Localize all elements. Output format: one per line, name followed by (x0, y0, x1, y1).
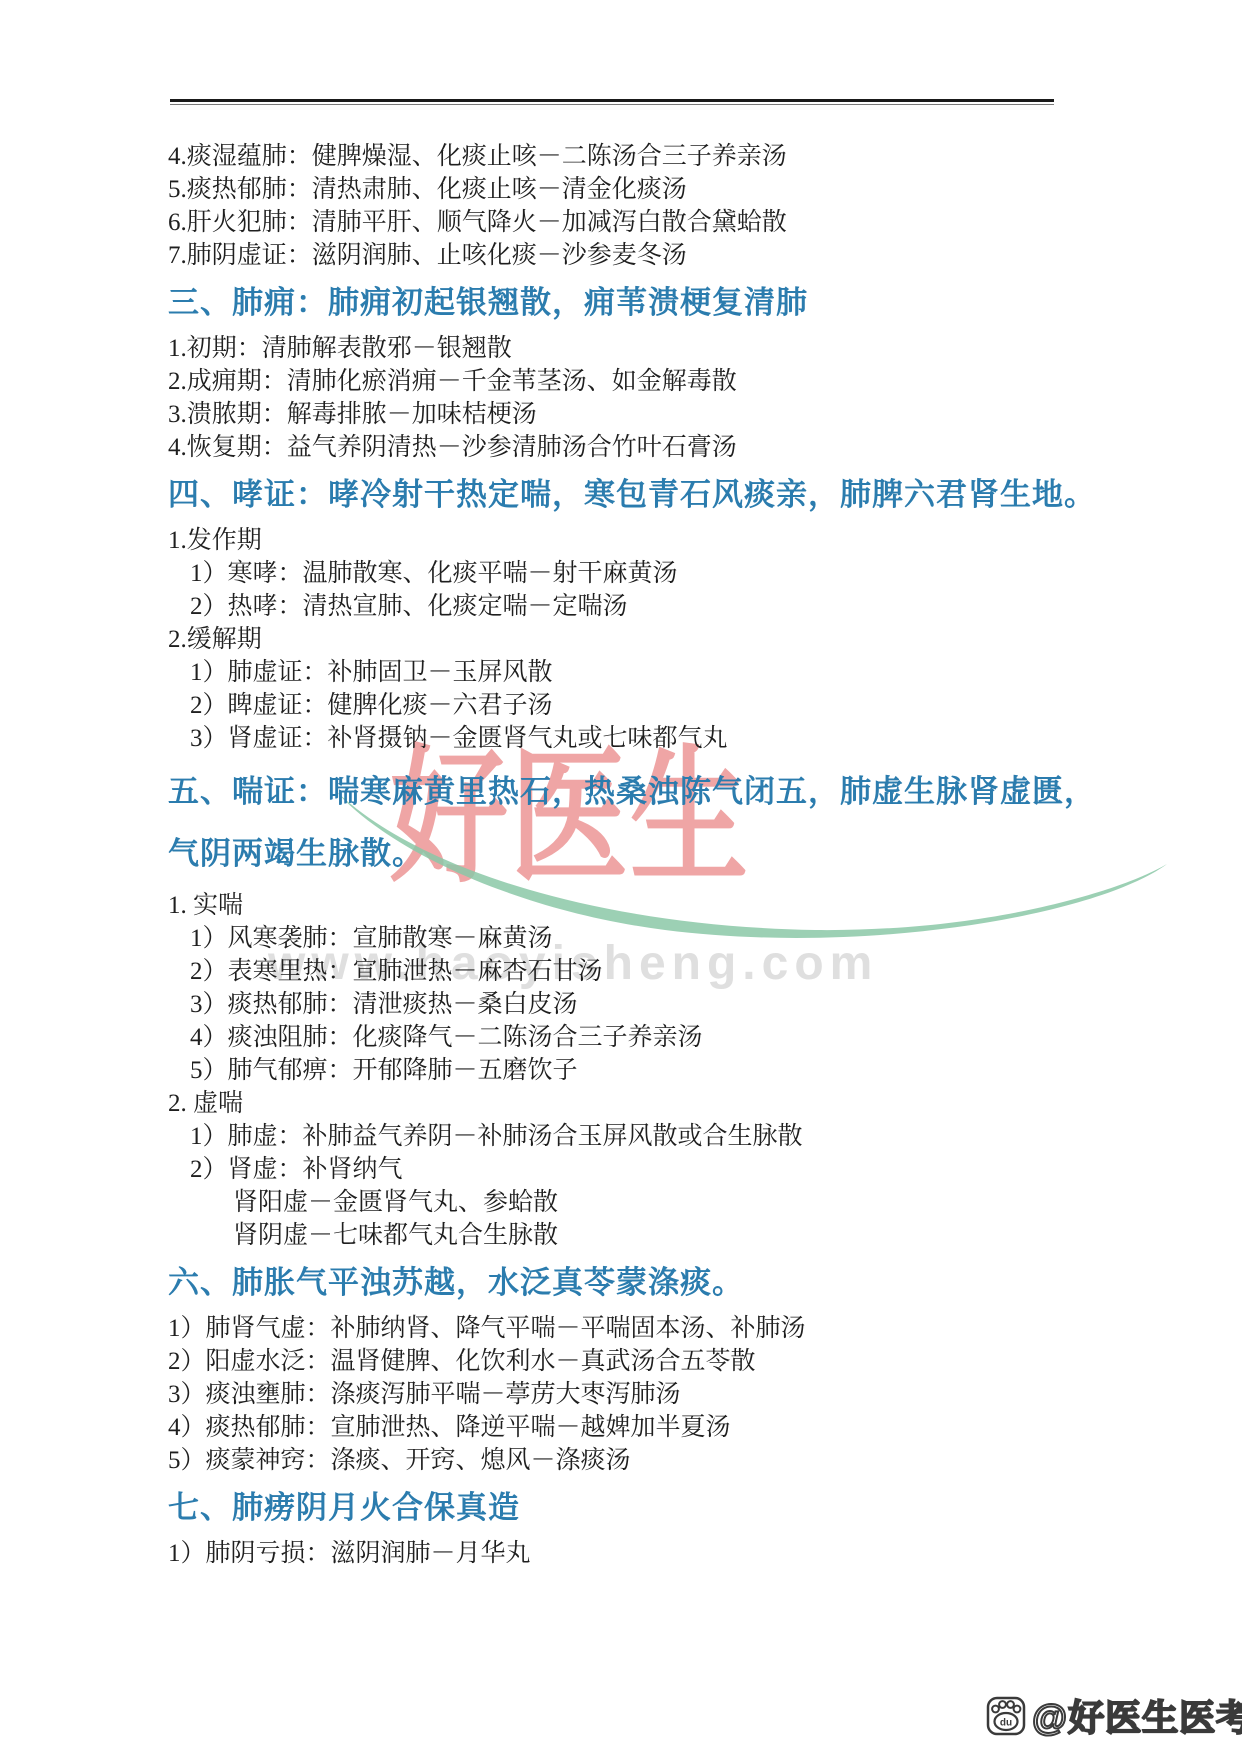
section-heading: 三、肺痈：肺痈初起银翘散，痈苇溃梗复清肺 (168, 282, 1168, 324)
text-line: 1. 实喘 (168, 889, 1168, 922)
source-badge: du @好医生医考 (986, 1690, 1242, 1741)
text-line: 肾阴虚－七味都气丸合生脉散 (168, 1219, 1168, 1252)
text-line: 2.成痈期：清肺化瘀消痈－千金苇茎汤、如金解毒散 (168, 365, 1168, 398)
text-line: 1.初期：清肺解表散邪－银翘散 (168, 332, 1168, 365)
badge-text: @好医生医考 (1032, 1690, 1242, 1741)
text-line: 5.痰热郁肺：清热肃肺、化痰止咳－清金化痰汤 (168, 173, 1168, 206)
text-line: 1）肺虚：补肺益气养阴－补肺汤合玉屏风散或合生脉散 (168, 1120, 1168, 1153)
text-line: 7.肺阴虚证：滋阴润肺、止咳化痰－沙参麦冬汤 (168, 239, 1168, 272)
text-line: 4.痰湿蕴肺：健脾燥湿、化痰止咳－二陈汤合三子养亲汤 (168, 140, 1168, 173)
text-line: 3）痰热郁肺：清泄痰热－桑白皮汤 (168, 988, 1168, 1021)
baidu-paw-icon: du (986, 1696, 1026, 1736)
text-line: 5）痰蒙神窍：涤痰、开窍、熄风－涤痰汤 (168, 1444, 1168, 1477)
text-line: 1）风寒袭肺：宣肺散寒－麻黄汤 (168, 922, 1168, 955)
text-line: 1）肺阴亏损：滋阴润肺－月华丸 (168, 1537, 1168, 1570)
text-line: 4）痰浊阻肺：化痰降气－二陈汤合三子养亲汤 (168, 1021, 1168, 1054)
section-heading: 四、哮证：哮冷射干热定喘，寒包青石风痰亲，肺脾六君肾生地。 (168, 474, 1168, 516)
text-line: 1）肺肾气虚：补肺纳肾、降气平喘－平喘固本汤、补肺汤 (168, 1312, 1168, 1345)
divider-line (170, 99, 1054, 105)
text-line: 2）肾虚：补肾纳气 (168, 1153, 1168, 1186)
text-line: 3）痰浊壅肺：涤痰泻肺平喘－葶苈大枣泻肺汤 (168, 1378, 1168, 1411)
text-line: 3.溃脓期：解毒排脓－加味桔梗汤 (168, 398, 1168, 431)
text-line: 4.恢复期：益气养阴清热－沙参清肺汤合竹叶石膏汤 (168, 431, 1168, 464)
text-line: 3）肾虚证：补肾摄钠－金匮肾气丸或七味都气丸 (168, 722, 1168, 755)
section-heading: 五、喘证：喘寒麻黄里热石，热桑浊陈气闭五，肺虚生脉肾虚匮， 气阴两竭生脉散。 (168, 761, 1168, 885)
text-line: 2. 虚喘 (168, 1087, 1168, 1120)
text-line: 2）热哮：清热宣肺、化痰定喘－定喘汤 (168, 590, 1168, 623)
text-line: 1）肺虚证：补肺固卫－玉屏风散 (168, 656, 1168, 689)
text-line: 2）睥虚证：健脾化痰－六君子汤 (168, 689, 1168, 722)
text-line: 5）肺气郁痹：开郁降肺－五磨饮子 (168, 1054, 1168, 1087)
document-content: 4.痰湿蕴肺：健脾燥湿、化痰止咳－二陈汤合三子养亲汤5.痰热郁肺：清热肃肺、化痰… (168, 140, 1168, 1570)
section-heading: 七、肺痨阴月火合保真造 (168, 1487, 1168, 1529)
text-line: 2.缓解期 (168, 623, 1168, 656)
text-line: 肾阳虚－金匮肾气丸、参蛤散 (168, 1186, 1168, 1219)
baidu-du-label: du (1000, 1717, 1012, 1728)
text-line: 2）表寒里热：宣肺泄热－麻杏石甘汤 (168, 955, 1168, 988)
text-line: 4）痰热郁肺：宣肺泄热、降逆平喘－越婢加半夏汤 (168, 1411, 1168, 1444)
text-line: 1）寒哮：温肺散寒、化痰平喘－射干麻黄汤 (168, 557, 1168, 590)
text-line: 2）阳虚水泛：温肾健脾、化饮利水－真武汤合五苓散 (168, 1345, 1168, 1378)
text-line: 6.肝火犯肺：清肺平肝、顺气降火－加减泻白散合黛蛤散 (168, 206, 1168, 239)
section-heading: 六、肺胀气平浊苏越，水泛真苓蒙涤痰。 (168, 1262, 1168, 1304)
text-line: 1.发作期 (168, 524, 1168, 557)
